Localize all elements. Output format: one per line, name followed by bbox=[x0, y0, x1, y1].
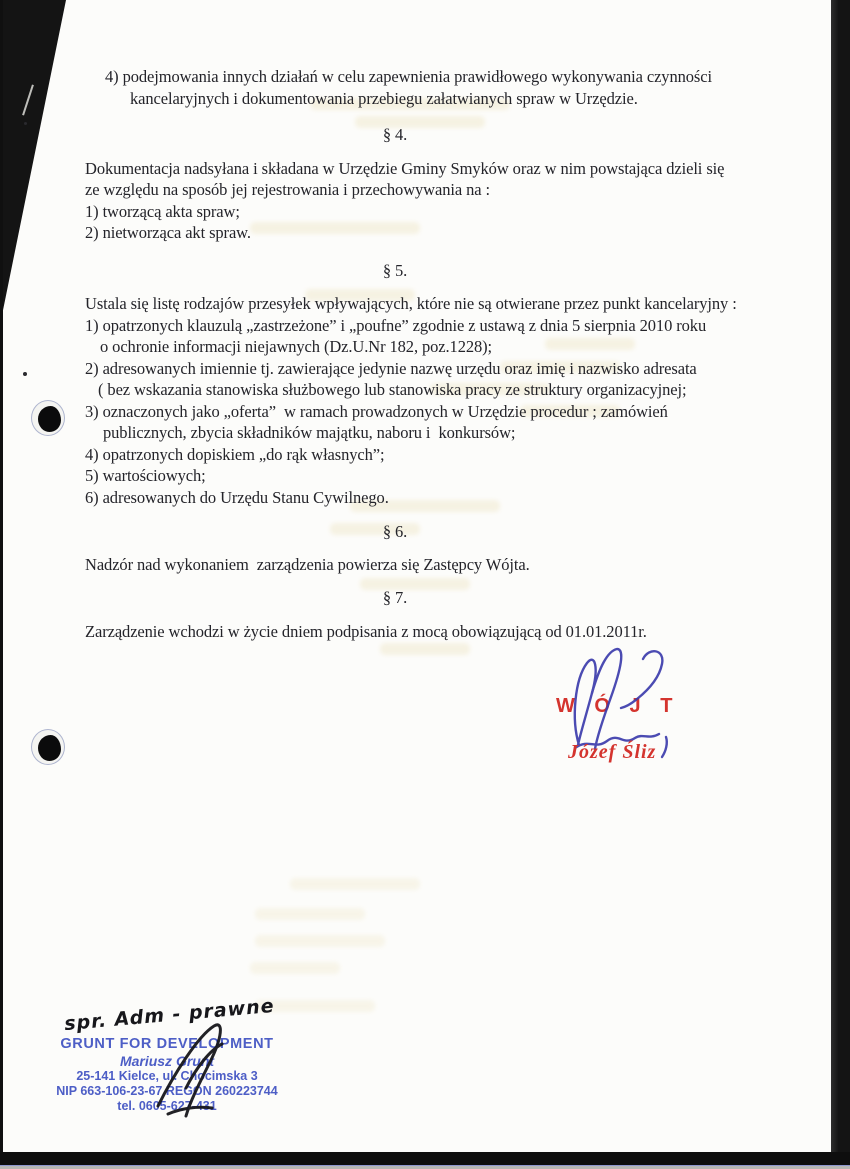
doc-line: o ochronie informacji niejawnych (Dz.U.N… bbox=[100, 336, 785, 358]
doc-line: kancelaryjnych i dokumentowania przebieg… bbox=[130, 88, 785, 110]
bleed-through-mark bbox=[250, 962, 340, 974]
scan-speck bbox=[24, 122, 27, 125]
scan-edge-bottom-line bbox=[0, 1165, 850, 1166]
doc-line: 1) opatrzonych klauzulą „zastrzeżone” i … bbox=[85, 315, 785, 337]
bleed-through-mark bbox=[380, 643, 470, 655]
punch-hole-shadow bbox=[38, 406, 61, 432]
scan-edge-bottom bbox=[0, 1152, 850, 1165]
doc-line: Nadzór nad wykonaniem zarządzenia powier… bbox=[85, 554, 785, 576]
doc-line: publicznych, zbycia składników majątku, … bbox=[103, 422, 785, 444]
scanned-document-page: 4) podejmowania innych działań w celu za… bbox=[0, 0, 850, 1169]
scan-corner-artifact bbox=[0, 0, 66, 325]
scan-speck bbox=[23, 372, 27, 376]
mayor-name: Józef Śliz bbox=[568, 741, 656, 764]
scan-edge-left bbox=[0, 0, 3, 1169]
doc-line: 6) adresowanych do Urzędu Stanu Cywilneg… bbox=[85, 487, 785, 509]
section-heading-5: § 5. bbox=[85, 260, 705, 282]
doc-line: 1) tworzącą akta spraw; bbox=[85, 201, 785, 223]
company-stamp-block: spr. Adm - prawne GRUNT FOR DEVELOPMENT … bbox=[52, 998, 292, 1138]
doc-line: Dokumentacja nadsyłana i składana w Urzę… bbox=[85, 158, 785, 180]
doc-line: 2) nietworząca akt spraw. bbox=[85, 222, 785, 244]
doc-line: 4) podejmowania innych działań w celu za… bbox=[105, 66, 785, 88]
doc-line: Zarządzenie wchodzi w życie dniem podpis… bbox=[85, 621, 785, 643]
doc-line: Ustala się listę rodzajów przesyłek wpły… bbox=[85, 293, 785, 315]
scan-edge-right bbox=[831, 0, 850, 1169]
doc-line: ( bez wskazania stanowiska służbowego lu… bbox=[98, 379, 785, 401]
document-text: 4) podejmowania innych działań w celu za… bbox=[85, 66, 785, 642]
doc-line: 5) wartościowych; bbox=[85, 465, 785, 487]
section-heading-7: § 7. bbox=[85, 587, 705, 609]
mayor-signature-block: W Ó J T Józef Śliz bbox=[540, 645, 750, 780]
punch-hole bbox=[31, 400, 65, 436]
bleed-through-mark bbox=[290, 878, 420, 890]
doc-line: 3) oznaczonych jako „oferta” w ramach pr… bbox=[85, 401, 785, 423]
doc-line: 2) adresowanych imiennie tj. zawierające… bbox=[85, 358, 785, 380]
section-heading-4: § 4. bbox=[85, 124, 705, 146]
bleed-through-mark bbox=[255, 935, 385, 947]
signature-ink-icon bbox=[140, 1016, 240, 1126]
doc-line: ze względu na sposób jej rejestrowania i… bbox=[85, 179, 785, 201]
punch-hole bbox=[31, 729, 65, 765]
doc-line: 4) opatrzonych dopiskiem „do rąk własnyc… bbox=[85, 444, 785, 466]
punch-hole-shadow bbox=[38, 735, 61, 761]
section-heading-6: § 6. bbox=[85, 521, 705, 543]
bleed-through-mark bbox=[255, 908, 365, 920]
